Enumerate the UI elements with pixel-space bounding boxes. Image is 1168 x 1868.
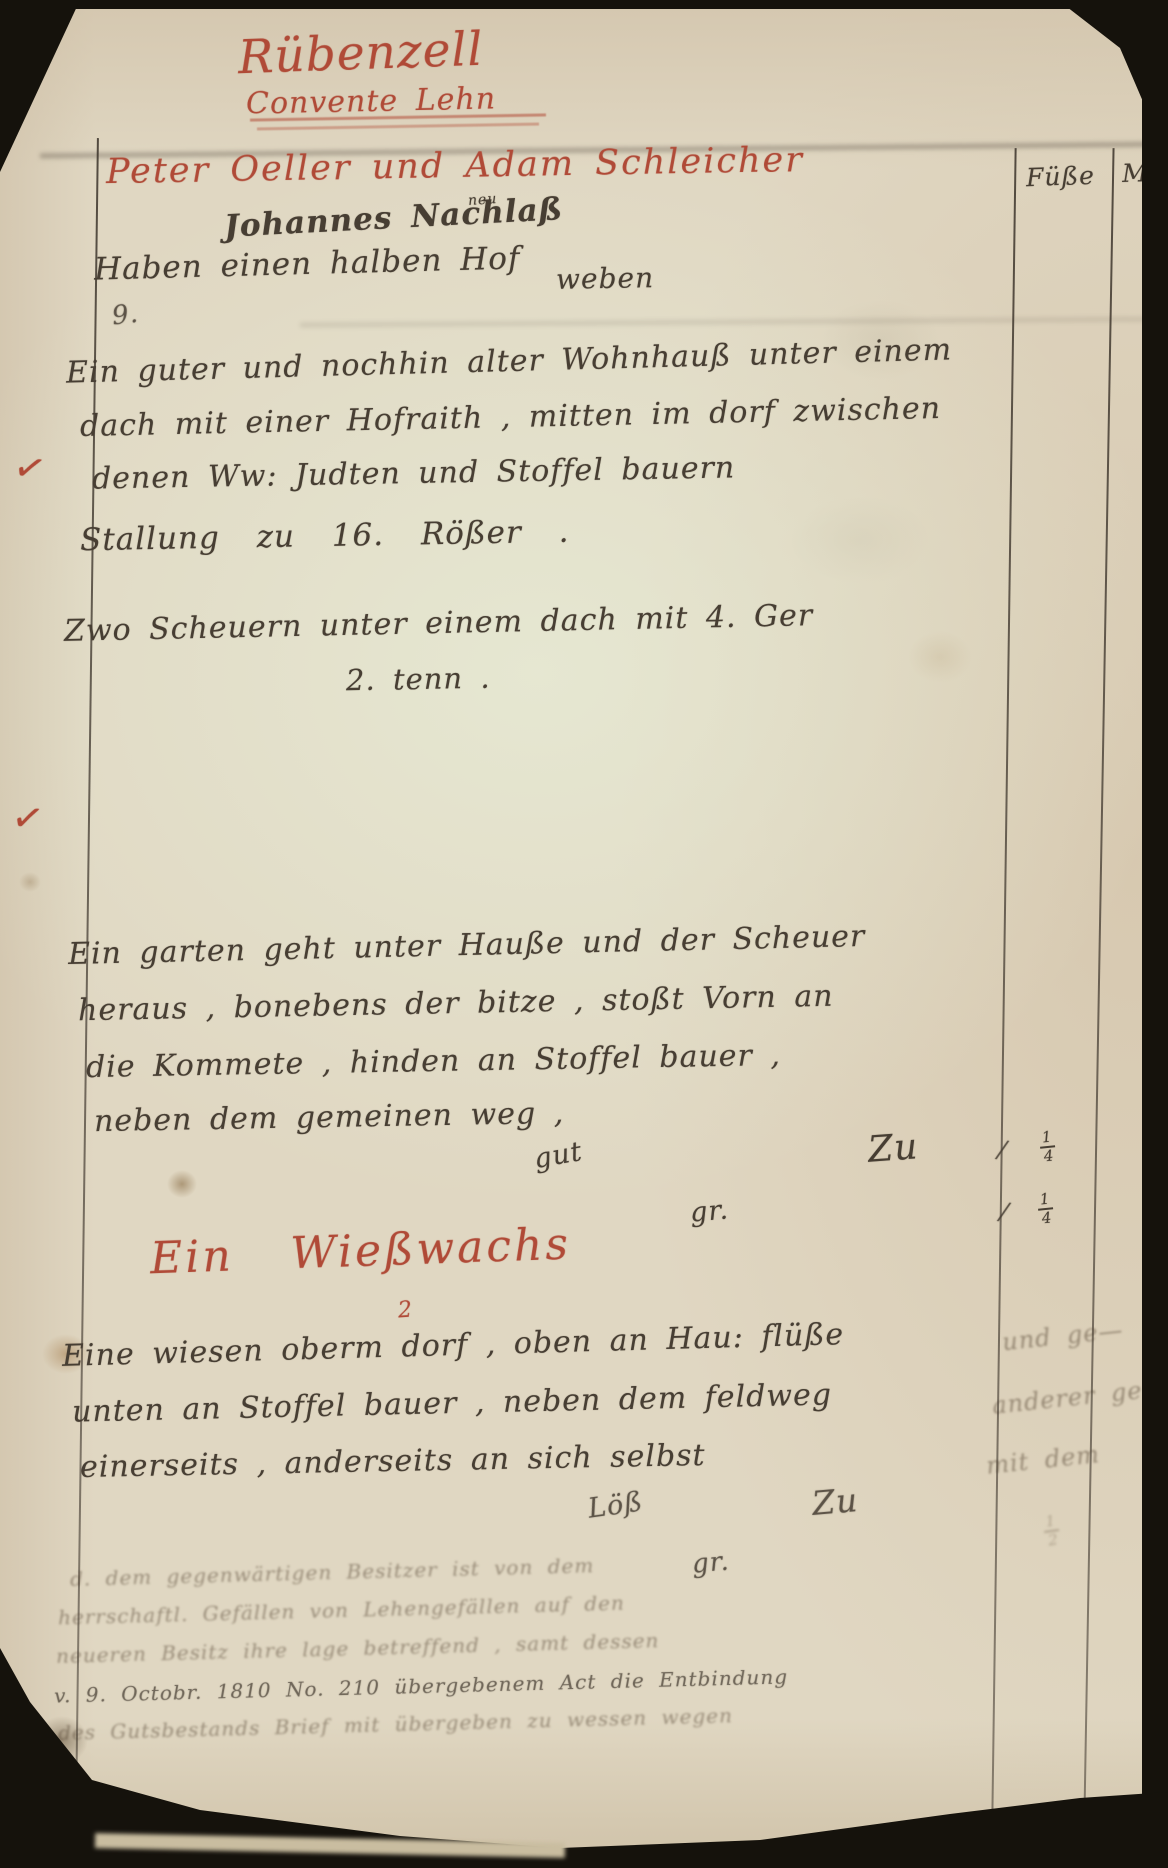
meadow-amount-gr: gr. (691, 1546, 731, 1579)
fraction-numerator: 1 (1041, 1130, 1052, 1146)
barn-paragraph-line2: 2. tenn . (346, 661, 491, 698)
fraction-denominator: 2 (1047, 1532, 1059, 1548)
holding-flourish: 9. (111, 299, 141, 332)
fraction-numerator: 1 (1039, 1192, 1050, 1208)
manuscript-photo: Rübenzell Convente Lehn Peter Oeller und… (0, 0, 1168, 1868)
fraction-numerator: 1 (1045, 1513, 1057, 1529)
holding-side-word: weben (556, 261, 655, 296)
garden-amount-gr: gr. (689, 1194, 730, 1228)
meadow-heading-mark: 2 (397, 1298, 414, 1324)
photo-edge-top (0, 0, 1168, 9)
fraction-denominator: 4 (1041, 1210, 1052, 1226)
garden-amount-zu: Zu (867, 1126, 920, 1170)
photo-edge-right (1142, 0, 1168, 1868)
page-title: Rübenzell (237, 22, 484, 86)
fraction-denominator: 4 (1043, 1148, 1054, 1164)
column-header-fuesse: Füße (1026, 161, 1096, 192)
meadow-amount-zu: Zu (810, 1480, 859, 1523)
